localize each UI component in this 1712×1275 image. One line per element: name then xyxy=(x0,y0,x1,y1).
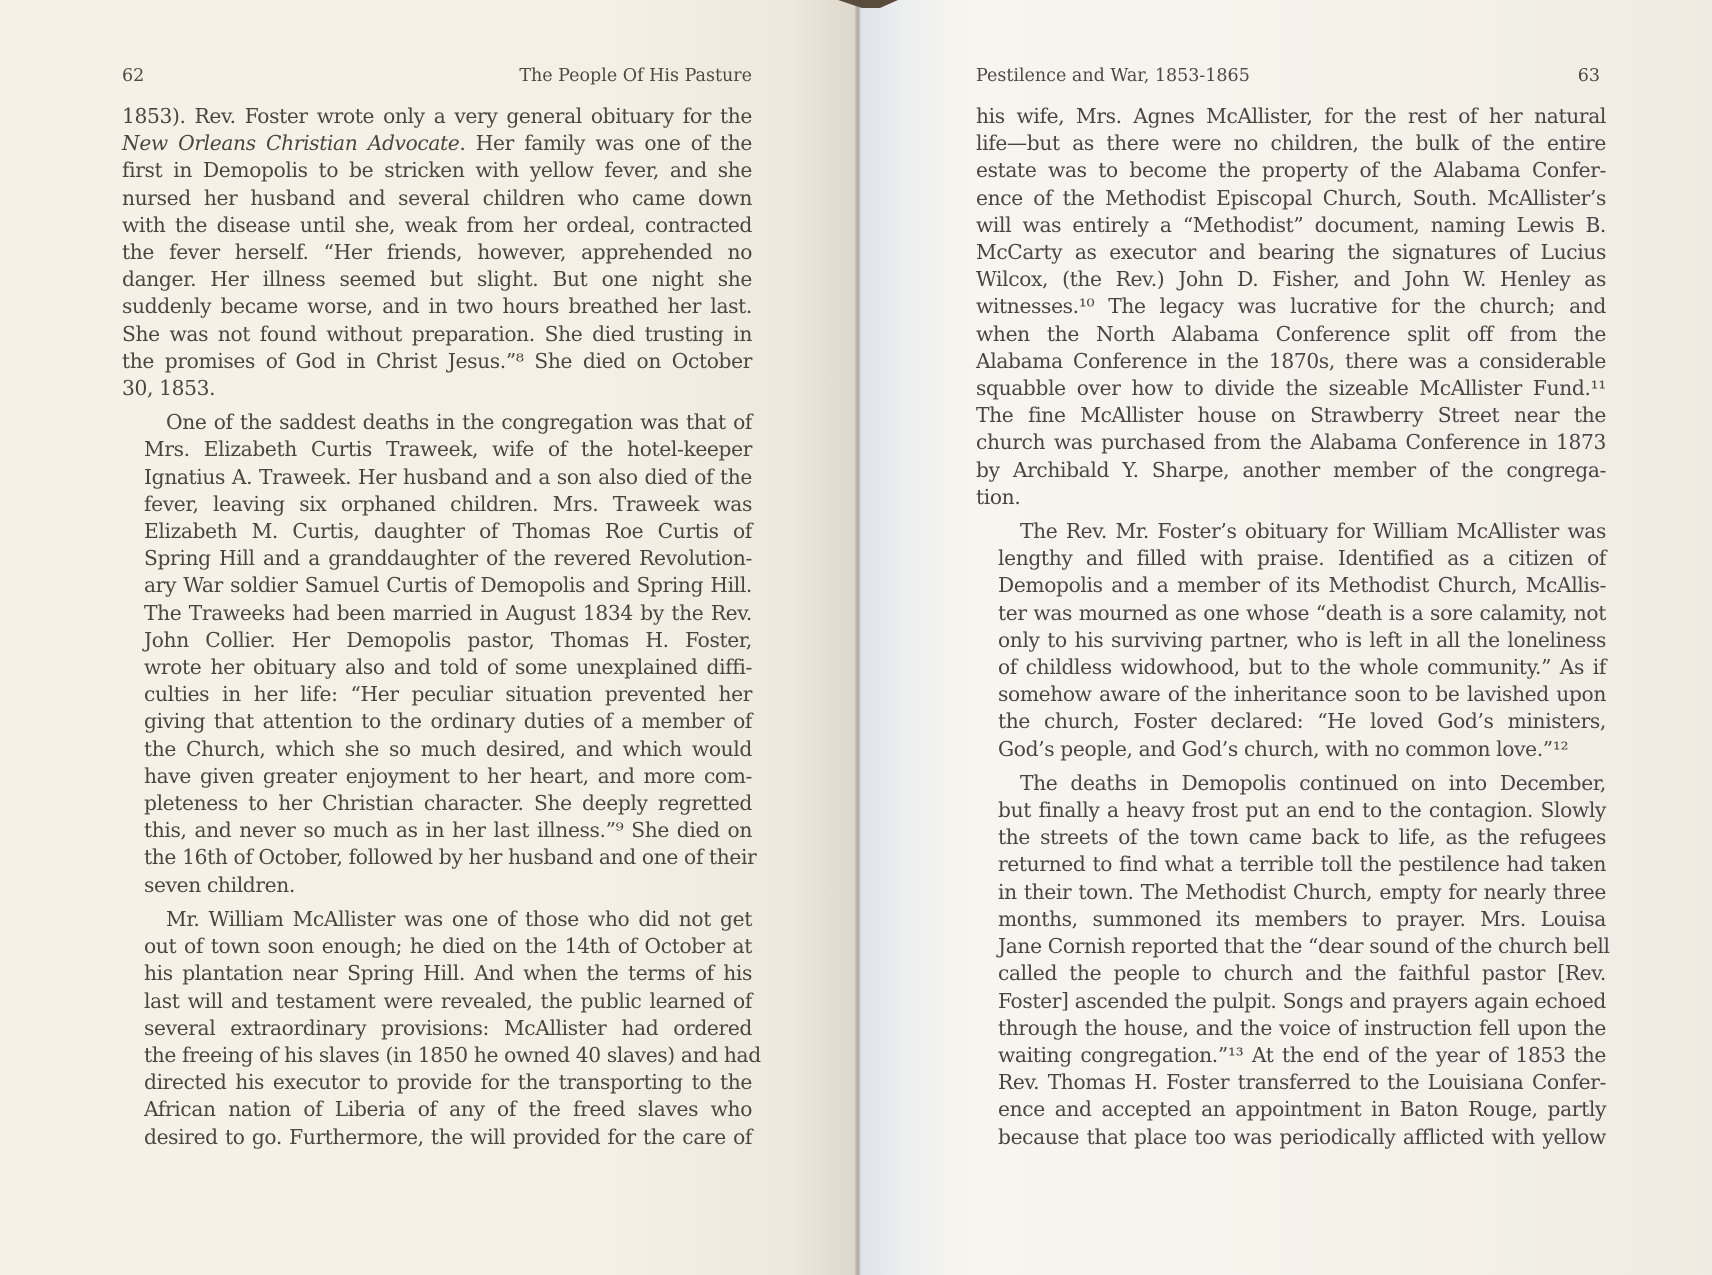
paragraph: The Rev. Mr. Foster’s obituary for Willi… xyxy=(976,518,1606,763)
text-line: returned to find what a terrible toll th… xyxy=(976,851,1606,878)
page-number-left: 62 xyxy=(122,66,144,86)
text-line: Mr. William McAllister was one of those … xyxy=(122,906,752,933)
running-title-left: The People Of His Pasture xyxy=(519,66,752,86)
text-line: 1853). Rev. Foster wrote only a very gen… xyxy=(122,103,752,130)
text-line: when the North Alabama Conference split … xyxy=(976,321,1606,348)
text-line: will was entirely a “Methodist” document… xyxy=(976,212,1606,239)
page-number-right: 63 xyxy=(1578,66,1600,86)
paragraph: 1853). Rev. Foster wrote only a very gen… xyxy=(122,103,752,402)
text-line: She was not found without preparation. S… xyxy=(122,321,752,348)
right-page: Pestilence and War, 1853-1865 63 his wif… xyxy=(858,0,1712,1275)
text-line: suddenly became worse, and in two hours … xyxy=(122,293,752,320)
text-line: 30, 1853. xyxy=(122,375,752,402)
text-line: tion. xyxy=(976,484,1606,511)
paragraph: his wife, Mrs. Agnes McAllister, for the… xyxy=(976,103,1606,511)
text-line: The Traweeks had been married in August … xyxy=(122,600,752,627)
text-line: estate was to become the property of the… xyxy=(976,157,1606,184)
text-line: desired to go. Furthermore, the will pro… xyxy=(122,1124,752,1151)
text-line: culties in her life: “Her peculiar situa… xyxy=(122,681,752,708)
text-line: McCarty as executor and bearing the sign… xyxy=(976,239,1606,266)
text-line: first in Demopolis to be stricken with y… xyxy=(122,157,752,184)
text-line: Wilcox, (the Rev.) John D. Fisher, and J… xyxy=(976,266,1606,293)
text-line: the fever herself. “Her friends, however… xyxy=(122,239,752,266)
text-line: giving that attention to the ordinary du… xyxy=(122,708,752,735)
text-line: life—but as there were no children, the … xyxy=(976,130,1606,157)
text-line: ence of the Methodist Episcopal Church, … xyxy=(976,185,1606,212)
right-body-text: his wife, Mrs. Agnes McAllister, for the… xyxy=(976,103,1606,1158)
text-fragment: . Her family was one of the xyxy=(459,131,752,155)
text-line: out of town soon enough; he died on the … xyxy=(122,933,752,960)
text-line: One of the saddest deaths in the congreg… xyxy=(122,409,752,436)
text-line: several extraordinary provisions: McAlli… xyxy=(122,1015,752,1042)
book-gutter xyxy=(855,0,861,1275)
running-title-right: Pestilence and War, 1853-1865 xyxy=(976,66,1250,86)
text-line: of childless widowhood, but to the whole… xyxy=(976,654,1606,681)
text-line: with the disease until she, weak from he… xyxy=(122,212,752,239)
text-line: danger. Her illness seemed but slight. B… xyxy=(122,266,752,293)
text-line: God’s people, and God’s church, with no … xyxy=(976,736,1606,763)
text-line: pleteness to her Christian character. Sh… xyxy=(122,790,752,817)
text-line: only to his surviving partner, who is le… xyxy=(976,627,1606,654)
paragraph: One of the saddest deaths in the congreg… xyxy=(122,409,752,899)
text-line: waiting congregation.”¹³ At the end of t… xyxy=(976,1042,1606,1069)
text-line: the freeing of his slaves (in 1850 he ow… xyxy=(122,1042,752,1069)
text-line: The fine McAllister house on Strawberry … xyxy=(976,402,1606,429)
text-line: ence and accepted an appointment in Bato… xyxy=(976,1096,1606,1123)
text-line: months, summoned its members to prayer. … xyxy=(976,906,1606,933)
text-line: ter was mourned as one whose “death is a… xyxy=(976,600,1606,627)
text-line: seven children. xyxy=(122,872,752,899)
text-line: last will and testament were revealed, t… xyxy=(122,988,752,1015)
text-line: Demopolis and a member of its Methodist … xyxy=(976,572,1606,599)
text-line: The deaths in Demopolis continued on int… xyxy=(976,770,1606,797)
text-line: witnesses.¹⁰ The legacy was lucrative fo… xyxy=(976,293,1606,320)
text-line-with-italic-title: New Orleans Christian Advocate. Her fami… xyxy=(122,130,752,157)
text-line: but finally a heavy frost put an end to … xyxy=(976,797,1606,824)
text-line: wrote her obituary also and told of some… xyxy=(122,654,752,681)
text-line: Spring Hill and a granddaughter of the r… xyxy=(122,545,752,572)
text-line: his plantation near Spring Hill. And whe… xyxy=(122,960,752,987)
text-line: nursed her husband and several children … xyxy=(122,185,752,212)
left-page: 62 The People Of His Pasture 1853). Rev.… xyxy=(0,0,858,1275)
book-spread: 62 The People Of His Pasture 1853). Rev.… xyxy=(0,0,1712,1275)
text-line: Mrs. Elizabeth Curtis Traweek, wife of t… xyxy=(122,436,752,463)
text-line: because that place too was periodically … xyxy=(976,1124,1606,1151)
text-line: church was purchased from the Alabama Co… xyxy=(976,429,1606,456)
text-line: Alabama Conference in the 1870s, there w… xyxy=(976,348,1606,375)
text-line: the 16th of October, followed by her hus… xyxy=(122,844,752,871)
text-line: through the house, and the voice of inst… xyxy=(976,1015,1606,1042)
text-line: John Collier. Her Demopolis pastor, Thom… xyxy=(122,627,752,654)
text-line: lengthy and filled with praise. Identifi… xyxy=(976,545,1606,572)
text-line: the church, Foster declared: “He loved G… xyxy=(976,708,1606,735)
text-line: Foster] ascended the pulpit. Songs and p… xyxy=(976,988,1606,1015)
text-line: Rev. Thomas H. Foster transferred to the… xyxy=(976,1069,1606,1096)
text-line: the promises of God in Christ Jesus.”⁸ S… xyxy=(122,348,752,375)
italic-publication-title: New Orleans Christian Advocate xyxy=(122,131,459,155)
text-line: the Church, which she so much desired, a… xyxy=(122,736,752,763)
paragraph: Mr. William McAllister was one of those … xyxy=(122,906,752,1151)
left-body-text: 1853). Rev. Foster wrote only a very gen… xyxy=(122,103,752,1158)
text-line: The Rev. Mr. Foster’s obituary for Willi… xyxy=(976,518,1606,545)
text-line: in their town. The Methodist Church, emp… xyxy=(976,879,1606,906)
text-line: have given greater enjoyment to her hear… xyxy=(122,763,752,790)
text-line: called the people to church and the fait… xyxy=(976,960,1606,987)
text-line: his wife, Mrs. Agnes McAllister, for the… xyxy=(976,103,1606,130)
text-line: directed his executor to provide for the… xyxy=(122,1069,752,1096)
text-line: Elizabeth M. Curtis, daughter of Thomas … xyxy=(122,518,752,545)
text-line: the streets of the town came back to lif… xyxy=(976,824,1606,851)
text-line: ary War soldier Samuel Curtis of Demopol… xyxy=(122,572,752,599)
text-line: African nation of Liberia of any of the … xyxy=(122,1096,752,1123)
text-line: fever, leaving six orphaned children. Mr… xyxy=(122,491,752,518)
text-line: this, and never so much as in her last i… xyxy=(122,817,752,844)
text-line: somehow aware of the inheritance soon to… xyxy=(976,681,1606,708)
text-line: squabble over how to divide the sizeable… xyxy=(976,375,1606,402)
text-line: by Archibald Y. Sharpe, another member o… xyxy=(976,457,1606,484)
paragraph: The deaths in Demopolis continued on int… xyxy=(976,770,1606,1151)
text-line: Ignatius A. Traweek. Her husband and a s… xyxy=(122,464,752,491)
text-line: Jane Cornish reported that the “dear sou… xyxy=(976,933,1606,960)
